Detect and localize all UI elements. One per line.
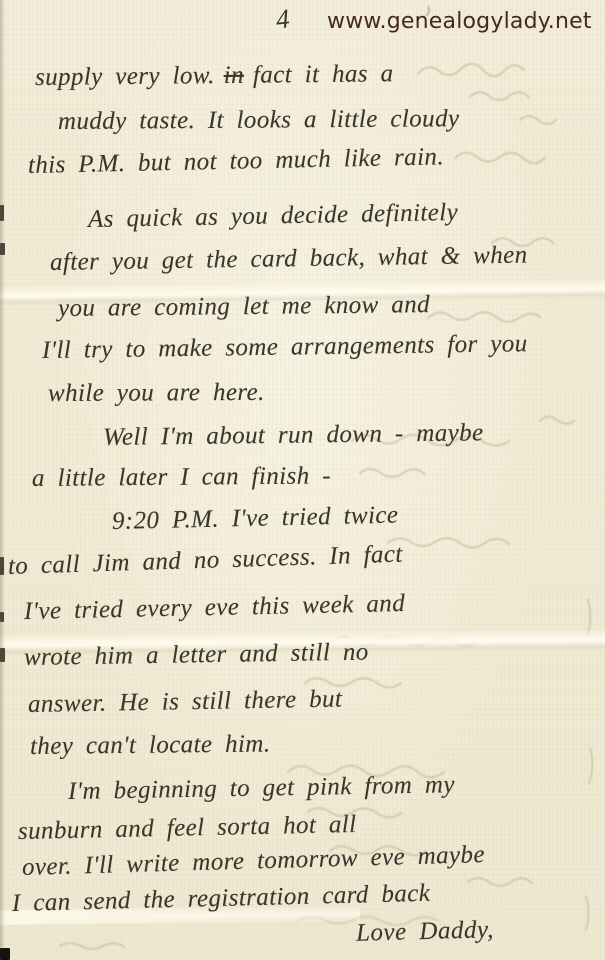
handwritten-line: I can send the registration card back: [12, 880, 431, 918]
handwritten-line: I'll try to make some arrangements for y…: [42, 330, 528, 365]
scan-edge-mark: [0, 612, 4, 622]
line-text: supply very low.: [35, 62, 215, 91]
handwritten-line: 9:20 P.M. I've tried twice: [112, 502, 399, 536]
handwritten-line: to call Jim and no success. In fact: [8, 541, 404, 581]
scan-edge-mark: [0, 648, 5, 662]
scan-edge-shadow: [0, 0, 5, 960]
handwritten-line: As quick as you decide definitely: [88, 199, 459, 234]
line-text: fact it has a: [253, 60, 394, 88]
handwritten-line: wrote him a letter and still no: [24, 639, 369, 672]
scan-corner-artifact: [0, 948, 10, 960]
page-number: 4: [274, 3, 291, 35]
handwritten-line: after you get the card back, what & when: [50, 242, 528, 277]
handwritten-line: answer. He is still there but: [28, 686, 343, 719]
handwritten-line: over. I'll write more tomorrow eve maybe: [22, 841, 486, 882]
handwritten-line: a little later I can finish -: [32, 462, 331, 493]
handwritten-line: sunburn and feel sorta hot all: [18, 811, 357, 846]
struck-word: in: [224, 62, 245, 89]
scanned-letter-page: 4 www.genealogylady.net supply very low.…: [0, 0, 605, 960]
handwritten-line: they can't locate him.: [30, 730, 271, 761]
handwritten-line: I've tried every eve this week and: [24, 590, 406, 626]
handwritten-line: muddy taste. It looks a little cloudy: [58, 105, 460, 136]
handwritten-line: while you are here.: [48, 379, 265, 408]
signature: Love Daddy,: [356, 916, 495, 948]
handwritten-line: this P.M. but not too much like rain.: [28, 143, 445, 180]
handwritten-line: Well I'm about run down - maybe: [103, 419, 484, 452]
watermark-url: www.genealogylady.net: [327, 9, 592, 34]
scan-edge-mark: [0, 557, 4, 575]
scan-edge-mark: [0, 205, 4, 221]
handwritten-line: I'm beginning to get pink from my: [68, 771, 455, 806]
scan-edge-mark: [0, 243, 5, 255]
handwritten-line: you are coming let me know and: [58, 291, 430, 323]
handwritten-line: supply very low.infact it has a: [35, 60, 394, 92]
